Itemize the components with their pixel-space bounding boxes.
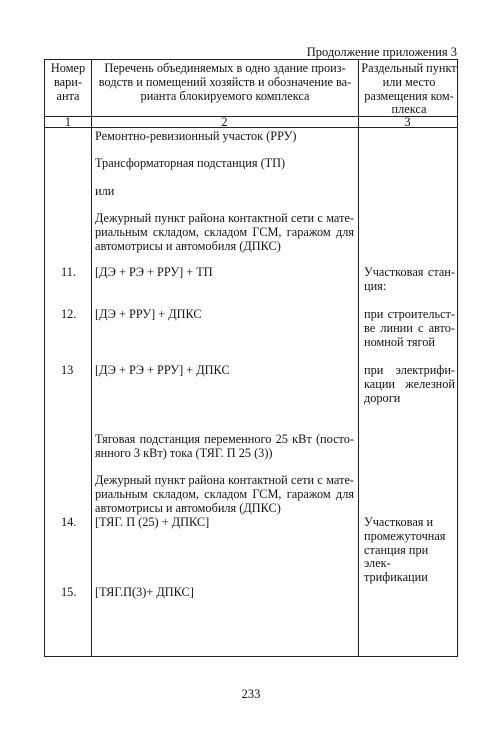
column-number-2: 2 [91, 116, 358, 130]
column-divider [358, 60, 359, 656]
intro-block-dpks: Дежурный пункт района контактной сети с … [95, 212, 354, 253]
column-divider [91, 60, 92, 656]
header-col1-text: Номер вари- анта [51, 61, 85, 103]
row-15-number: 15. [61, 586, 91, 600]
row-14-combination: [ТЯГ. П (25) + ДПКС] [95, 516, 354, 530]
row-11-combination: [ДЭ + РЭ + РРУ] + ТП [95, 266, 354, 280]
variants-table: Номер вари- анта Перечень объединяемых в… [44, 59, 458, 657]
header-col2: Перечень объединяемых в одно здание прои… [97, 62, 353, 103]
header-col1: Номер вари- анта [45, 62, 91, 103]
row-14-location: Участковая и промежуточная станция при э… [364, 516, 455, 585]
row-11-location: Участковая стан- ция: [364, 266, 455, 294]
middle-block-traction-substation: Тяговая подстанция переменного 25 кВт (п… [95, 433, 354, 461]
column-number-3: 3 [358, 116, 457, 130]
header-col3-text: Раздельный пункт или место размещения ко… [361, 61, 456, 116]
page-number: 233 [0, 687, 502, 702]
column-number-1: 1 [45, 116, 91, 130]
row-13-number: 13 [61, 364, 91, 378]
row-11-number: 11. [61, 266, 91, 280]
intro-block-or: или [95, 185, 354, 199]
middle-block-dpks: Дежурный пункт района контактной сети с … [95, 474, 354, 515]
row-12-location: при строительст- ве линии с авто- номной… [364, 308, 455, 349]
header-col2-text: Перечень объединяемых в одно здание прои… [99, 61, 351, 103]
intro-block-tp: Трансформаторная подстанция (ТП) [95, 157, 354, 171]
row-13-combination: [ДЭ + РЭ + РРУ] + ДПКС [95, 364, 354, 378]
row-15-combination: [ТЯГ.П(3)+ ДПКС] [95, 586, 354, 600]
row-14-number: 14. [61, 516, 91, 530]
row-12-combination: [ДЭ + РРУ] + ДПКС [95, 308, 354, 322]
continuation-label: Продолжение приложения 3 [307, 45, 457, 59]
row-12-number: 12. [61, 308, 91, 322]
row-13-location: при электрифи- кации железной дороги [364, 364, 455, 405]
header-col3: Раздельный пункт или место размещения ко… [361, 62, 457, 117]
intro-block-rru: Ремонтно-ревизионный участок (РРУ) [95, 130, 354, 144]
